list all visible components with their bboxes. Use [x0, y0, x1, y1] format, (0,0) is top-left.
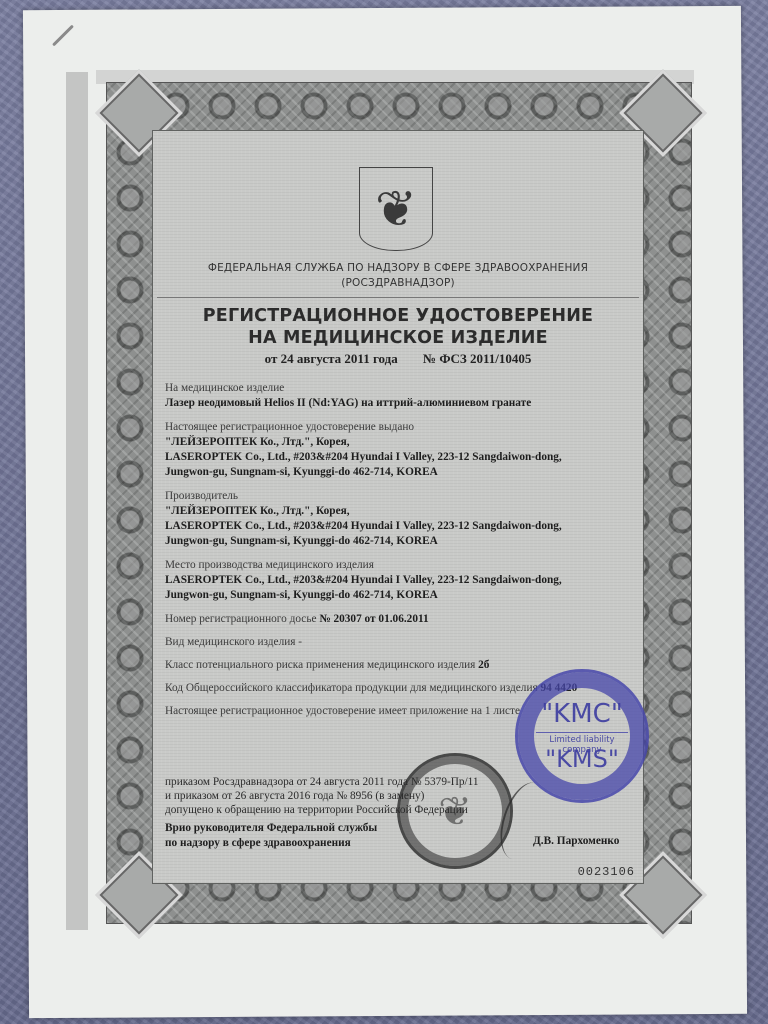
document-title: РЕГИСТРАЦИОННОЕ УДОСТОВЕРЕНИЕ НА МЕДИЦИН… — [153, 305, 643, 349]
double-headed-eagle-icon: ❦ — [359, 167, 433, 251]
dossier-label: Номер регистрационного досье — [165, 613, 316, 625]
issued-to-field: Настоящее регистрационное удостоверение … — [165, 420, 635, 480]
manufacturer-field: Производитель "ЛЕЙЗЕРОПТЕК Ко., Лтд.", К… — [165, 489, 635, 549]
manufacturer-line: Jungwon-gu, Sungnam-si, Kyunggi-do 462-7… — [165, 534, 635, 549]
appendix-label: Настоящее регистрационное удостоверение … — [165, 705, 520, 717]
official-seal-icon: ❦ — [397, 753, 513, 869]
certificate-date: от 24 августа 2011 года — [265, 351, 398, 366]
device-label: На медицинское изделие — [165, 381, 635, 396]
title-line-2: НА МЕДИЦИНСКОЕ ИЗДЕЛИЕ — [153, 327, 643, 349]
certificate-body: ❦ ФЕДЕРАЛЬНАЯ СЛУЖБА ПО НАДЗОРУ В СФЕРЕ … — [152, 130, 644, 884]
issued-to-line: LASEROPTEK Co., Ltd., #203&#204 Hyundai … — [165, 450, 635, 465]
risk-class-label: Класс потенциального риска применения ме… — [165, 659, 475, 671]
serial-number: 0023106 — [578, 865, 635, 879]
signatory-title-line: по надзору в сфере здравоохранения — [165, 836, 377, 851]
company-stamp-icon: "KMC" Limited liability company "KMS" — [515, 669, 649, 803]
device-field: На медицинское изделие Лазер неодимовый … — [165, 381, 635, 411]
issued-to-line: "ЛЕЙЗЕРОПТЕК Ко., Лтд.", Корея, — [165, 435, 635, 450]
issued-to-label: Настоящее регистрационное удостоверение … — [165, 420, 635, 435]
certificate-date-number: от 24 августа 2011 года № ФСЗ 2011/10405 — [153, 351, 643, 367]
stamp-top-text: "KMC" — [518, 700, 646, 728]
manufacturer-line: LASEROPTEK Co., Ltd., #203&#204 Hyundai … — [165, 519, 635, 534]
signatory-title: Врио руководителя Федеральной службы по … — [165, 821, 377, 851]
certificate-number: № ФСЗ 2011/10405 — [423, 351, 531, 366]
signatory-name: Д.В. Пархоменко — [533, 835, 619, 847]
agency-header: ФЕДЕРАЛЬНАЯ СЛУЖБА ПО НАДЗОРУ В СФЕРЕ ЗД… — [153, 261, 643, 291]
issued-to-line: Jungwon-gu, Sungnam-si, Kyunggi-do 462-7… — [165, 465, 635, 480]
dossier-field: Номер регистрационного досье № 20307 от … — [165, 612, 635, 627]
dossier-value: № 20307 от 01.06.2011 — [319, 613, 428, 625]
device-type-label: Вид медицинского изделия - — [165, 636, 302, 648]
production-site-line: LASEROPTEK Co., Ltd., #203&#204 Hyundai … — [165, 573, 635, 588]
agency-name: ФЕДЕРАЛЬНАЯ СЛУЖБА ПО НАДЗОРУ В СФЕРЕ ЗД… — [153, 261, 643, 276]
okp-code-label: Код Общероссийского классификатора проду… — [165, 682, 538, 694]
risk-class-value: 2б — [478, 659, 489, 671]
signatory-title-line: Врио руководителя Федеральной службы — [165, 821, 377, 836]
manufacturer-label: Производитель — [165, 489, 635, 504]
agency-abbr: (РОСЗДРАВНАДЗОР) — [153, 276, 643, 291]
copy-shadow-bar — [66, 72, 88, 930]
production-site-label: Место производства медицинского изделия — [165, 558, 635, 573]
title-line-1: РЕГИСТРАЦИОННОЕ УДОСТОВЕРЕНИЕ — [153, 305, 643, 327]
device-value: Лазер неодимовый Helios II (Nd:YAG) на и… — [165, 396, 635, 411]
device-type-field: Вид медицинского изделия - — [165, 635, 635, 650]
production-site-line: Jungwon-gu, Sungnam-si, Kyunggi-do 462-7… — [165, 588, 635, 603]
divider — [157, 297, 639, 298]
production-site-field: Место производства медицинского изделия … — [165, 558, 635, 603]
manufacturer-line: "ЛЕЙЗЕРОПТЕК Ко., Лтд.", Корея, — [165, 504, 635, 519]
stamp-bottom-text: "KMS" — [518, 746, 646, 772]
